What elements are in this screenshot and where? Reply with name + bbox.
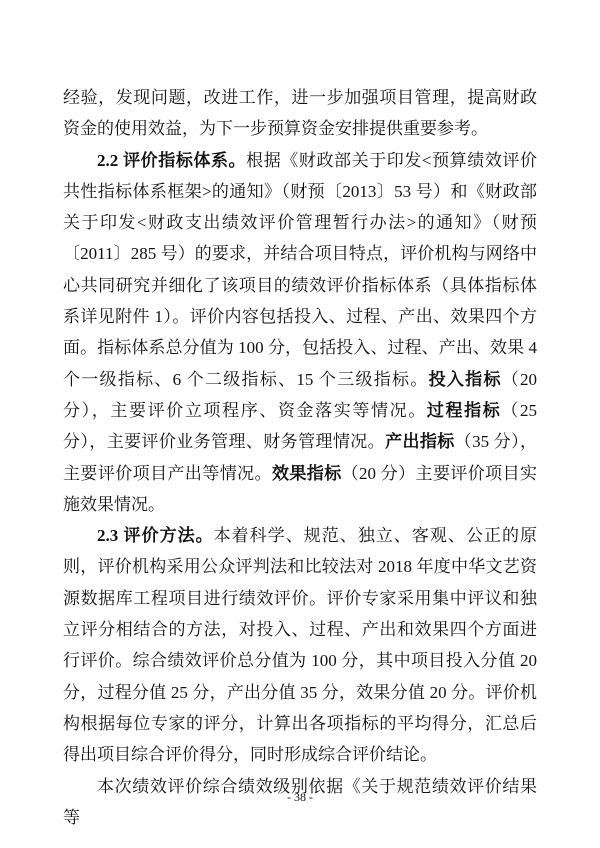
bold-text-run: 2.3 评价方法。 xyxy=(97,526,214,545)
bold-text-run: 2.2 评价指标体系。 xyxy=(97,151,246,170)
bold-text-run: 过程指标 xyxy=(427,401,501,420)
document-page: 经验，发现问题，改进工作，进一步加强项目管理，提高财政资金的使用效益，为下一步预… xyxy=(0,0,600,848)
text-run: 本着科学、规范、独立、客观、公正的原则，评价机构采用公众评判法和比较法对 201… xyxy=(63,526,537,764)
bold-text-run: 产出指标 xyxy=(385,432,455,451)
text-run: 经验，发现问题，改进工作，进一步加强项目管理，提高财政资金的使用效益，为下一步预… xyxy=(63,88,537,138)
bold-text-run: 投入指标 xyxy=(429,370,502,389)
document-body: 经验，发现问题，改进工作，进一步加强项目管理，提高财政资金的使用效益，为下一步预… xyxy=(63,82,537,833)
text-run: 根据《财政部关于印发<预算绩效评价共性指标体系框架>的通知》（财预〔2013〕5… xyxy=(63,151,537,389)
paragraph: 经验，发现问题，改进工作，进一步加强项目管理，提高财政资金的使用效益，为下一步预… xyxy=(63,82,537,145)
page-number: - 38 - xyxy=(0,789,600,805)
paragraph: 2.3 评价方法。本着科学、规范、独立、客观、公正的原则，评价机构采用公众评判法… xyxy=(63,520,537,770)
bold-text-run: 效果指标 xyxy=(272,464,342,483)
paragraph: 2.2 评价指标体系。根据《财政部关于印发<预算绩效评价共性指标体系框架>的通知… xyxy=(63,145,537,521)
